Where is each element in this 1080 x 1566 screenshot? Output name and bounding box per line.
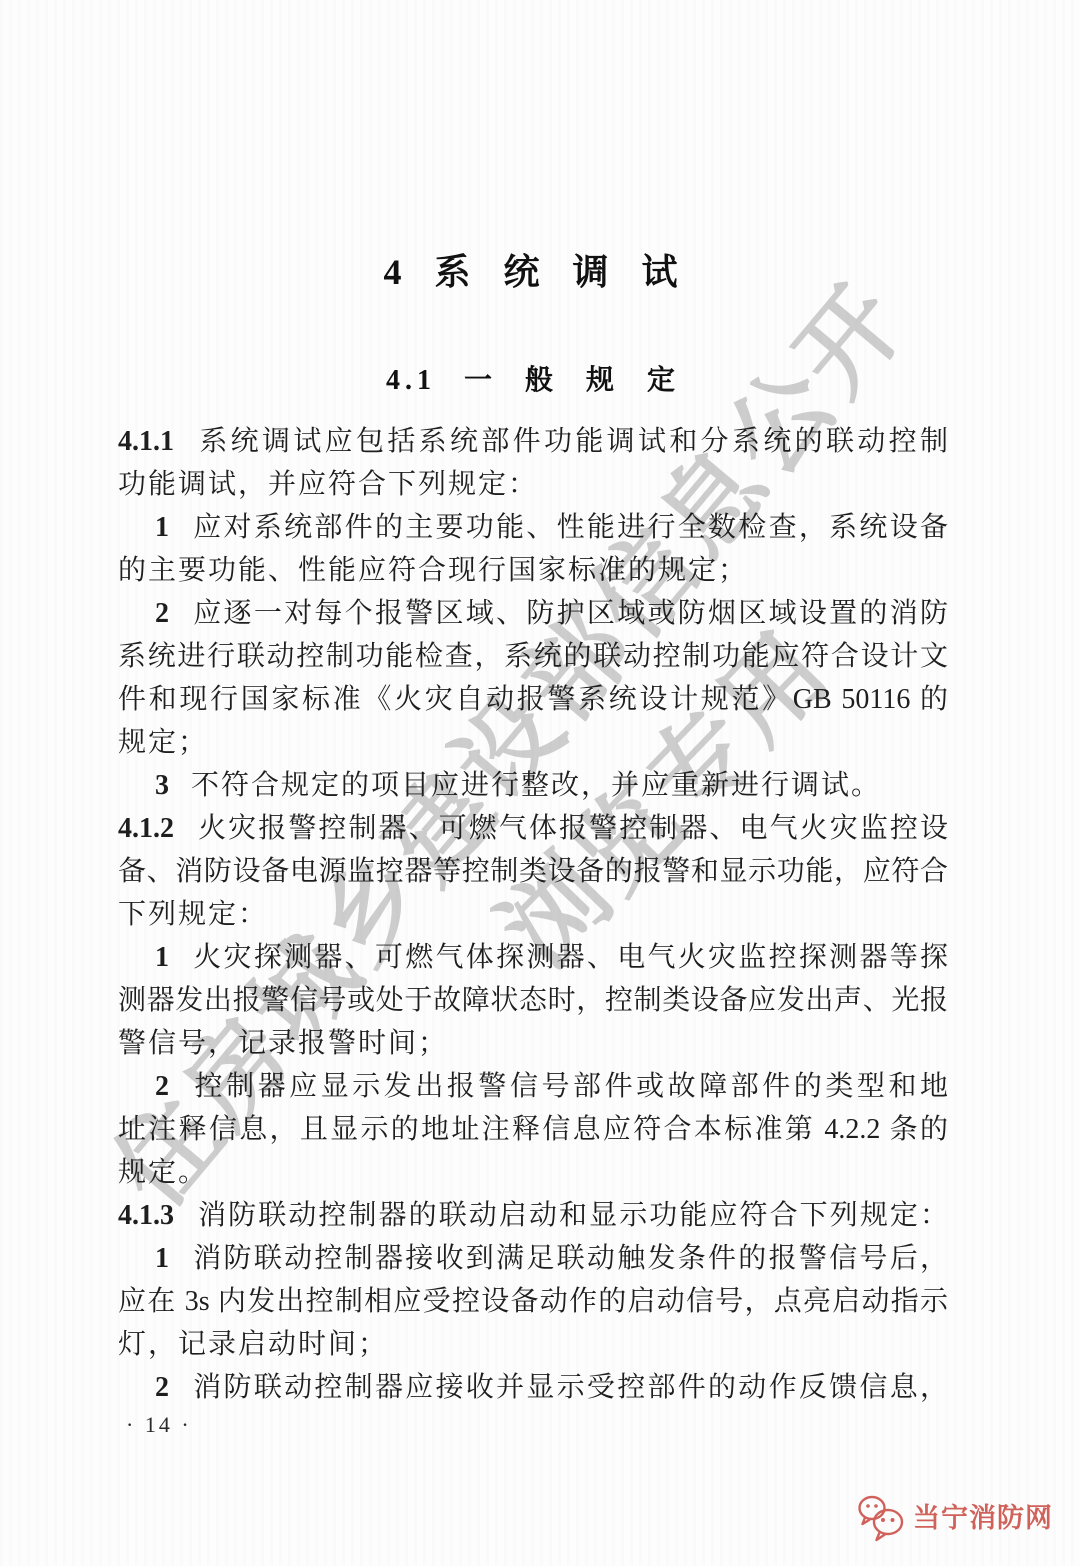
body-line: 备、消防设备电源监控器等控制类设备的报警和显示功能，应符合 [118, 850, 948, 893]
body-line-text: 警信号，记录报警时间； [118, 1028, 448, 1059]
chapter-title: 4 系 统 调 试 [118, 244, 948, 295]
clause-number: 4.1.1 [118, 426, 174, 457]
body-line: 系统进行联动控制功能检查，系统的联动控制功能应符合设计文 [118, 635, 948, 678]
body-line-text: 应在 3s 内发出控制相应受控设备动作的启动信号，点亮启动指示 [118, 1286, 948, 1317]
body-line: 规定。 [118, 1151, 948, 1194]
body-line: 功能调试，并应符合下列规定： [118, 463, 948, 506]
body-line: 4.1.2火灾报警控制器、可燃气体报警控制器、电气火灾监控设 [118, 807, 948, 850]
wechat-chat-bubbles-icon [856, 1493, 906, 1543]
section-title: 4.1 一 般 规 定 [118, 358, 948, 398]
clause-number: 3 [155, 770, 169, 801]
body-line-text: 下列规定： [118, 899, 268, 930]
site-logo-text: 当宁消防网 [913, 1492, 1053, 1544]
clause-number: 4.1.2 [118, 813, 174, 844]
clause-number: 4.1.3 [118, 1200, 174, 1231]
clause-number: 1 [155, 512, 169, 543]
clause-number: 2 [155, 1071, 169, 1102]
clause-number: 1 [155, 1243, 169, 1274]
body-line: 灯，记录启动时间； [118, 1323, 948, 1366]
body-line-text: 消防联动控制器接收到满足联动触发条件的报警信号后， [191, 1243, 948, 1274]
clause-number: 2 [155, 1372, 169, 1403]
body-line-text: 应逐一对每个报警区域、防护区域或防烟区域设置的消防 [191, 598, 948, 629]
body-line: 1应对系统部件的主要功能、性能进行全数检查，系统设备 [118, 506, 948, 549]
body-line: 4.1.1系统调试应包括系统部件功能调试和分系统的联动控制 [118, 420, 948, 463]
body-line: 警信号，记录报警时间； [118, 1022, 948, 1065]
body-line-text: 测器发出报警信号或处于故障状态时，控制类设备应发出声、光报 [118, 985, 948, 1016]
body-line: 3不符合规定的项目应进行整改，并应重新进行调试。 [118, 764, 948, 807]
body-line: 规定； [118, 721, 948, 764]
body-line-text: 火灾探测器、可燃气体探测器、电气火灾监控探测器等探 [191, 942, 948, 973]
body-line-text: 灯，记录启动时间； [118, 1329, 388, 1360]
body-line-text: 消防联动控制器的联动启动和显示功能应符合下列规定： [196, 1200, 948, 1231]
body-lines: 4.1.1系统调试应包括系统部件功能调试和分系统的联动控制功能调试，并应符合下列… [118, 420, 948, 1409]
body-line: 2消防联动控制器应接收并显示受控部件的动作反馈信息， [118, 1366, 948, 1409]
body-line-text: 件和现行国家标准《火灾自动报警系统设计规范》GB 50116 的 [118, 684, 948, 715]
body-line: 的主要功能、性能应符合现行国家标准的规定； [118, 549, 948, 592]
body-line: 下列规定： [118, 893, 948, 936]
clause-number: 1 [155, 942, 169, 973]
clause-number: 2 [155, 598, 169, 629]
body-line-text: 规定。 [118, 1157, 208, 1188]
body-line-text: 规定； [118, 727, 208, 758]
site-logo: 当宁消防网 [856, 1492, 1053, 1544]
body-line: 测器发出报警信号或处于故障状态时，控制类设备应发出声、光报 [118, 979, 948, 1022]
page-number: · 14 · [126, 1412, 192, 1438]
body-line: 应在 3s 内发出控制相应受控设备动作的启动信号，点亮启动指示 [118, 1280, 948, 1323]
body-line-text: 址注释信息，且显示的地址注释信息应符合本标准第 4.2.2 条的 [118, 1114, 948, 1145]
body-line: 2控制器应显示发出报警信号部件或故障部件的类型和地 [118, 1065, 948, 1108]
body-line-text: 系统调试应包括系统部件功能调试和分系统的联动控制 [196, 426, 948, 457]
body-line-text: 的主要功能、性能应符合现行国家标准的规定； [118, 555, 748, 586]
body-line-text: 系统进行联动控制功能检查，系统的联动控制功能应符合设计文 [118, 641, 948, 672]
body-line-text: 应对系统部件的主要功能、性能进行全数检查，系统设备 [191, 512, 948, 543]
body-line-text: 备、消防设备电源监控器等控制类设备的报警和显示功能，应符合 [118, 856, 948, 887]
body-line: 1火灾探测器、可燃气体探测器、电气火灾监控探测器等探 [118, 936, 948, 979]
body-line-text: 功能调试，并应符合下列规定： [118, 469, 538, 500]
body-line-text: 不符合规定的项目应进行整改，并应重新进行调试。 [191, 770, 881, 801]
body-line: 1消防联动控制器接收到满足联动触发条件的报警信号后， [118, 1237, 948, 1280]
body-line-text: 控制器应显示发出报警信号部件或故障部件的类型和地 [191, 1071, 948, 1102]
body-line: 址注释信息，且显示的地址注释信息应符合本标准第 4.2.2 条的 [118, 1108, 948, 1151]
body-line-text: 消防联动控制器应接收并显示受控部件的动作反馈信息， [191, 1372, 948, 1403]
body-line: 件和现行国家标准《火灾自动报警系统设计规范》GB 50116 的 [118, 678, 948, 721]
body-line: 4.1.3消防联动控制器的联动启动和显示功能应符合下列规定： [118, 1194, 948, 1237]
body-line-text: 火灾报警控制器、可燃气体报警控制器、电气火灾监控设 [196, 813, 948, 844]
body-line: 2应逐一对每个报警区域、防护区域或防烟区域设置的消防 [118, 592, 948, 635]
